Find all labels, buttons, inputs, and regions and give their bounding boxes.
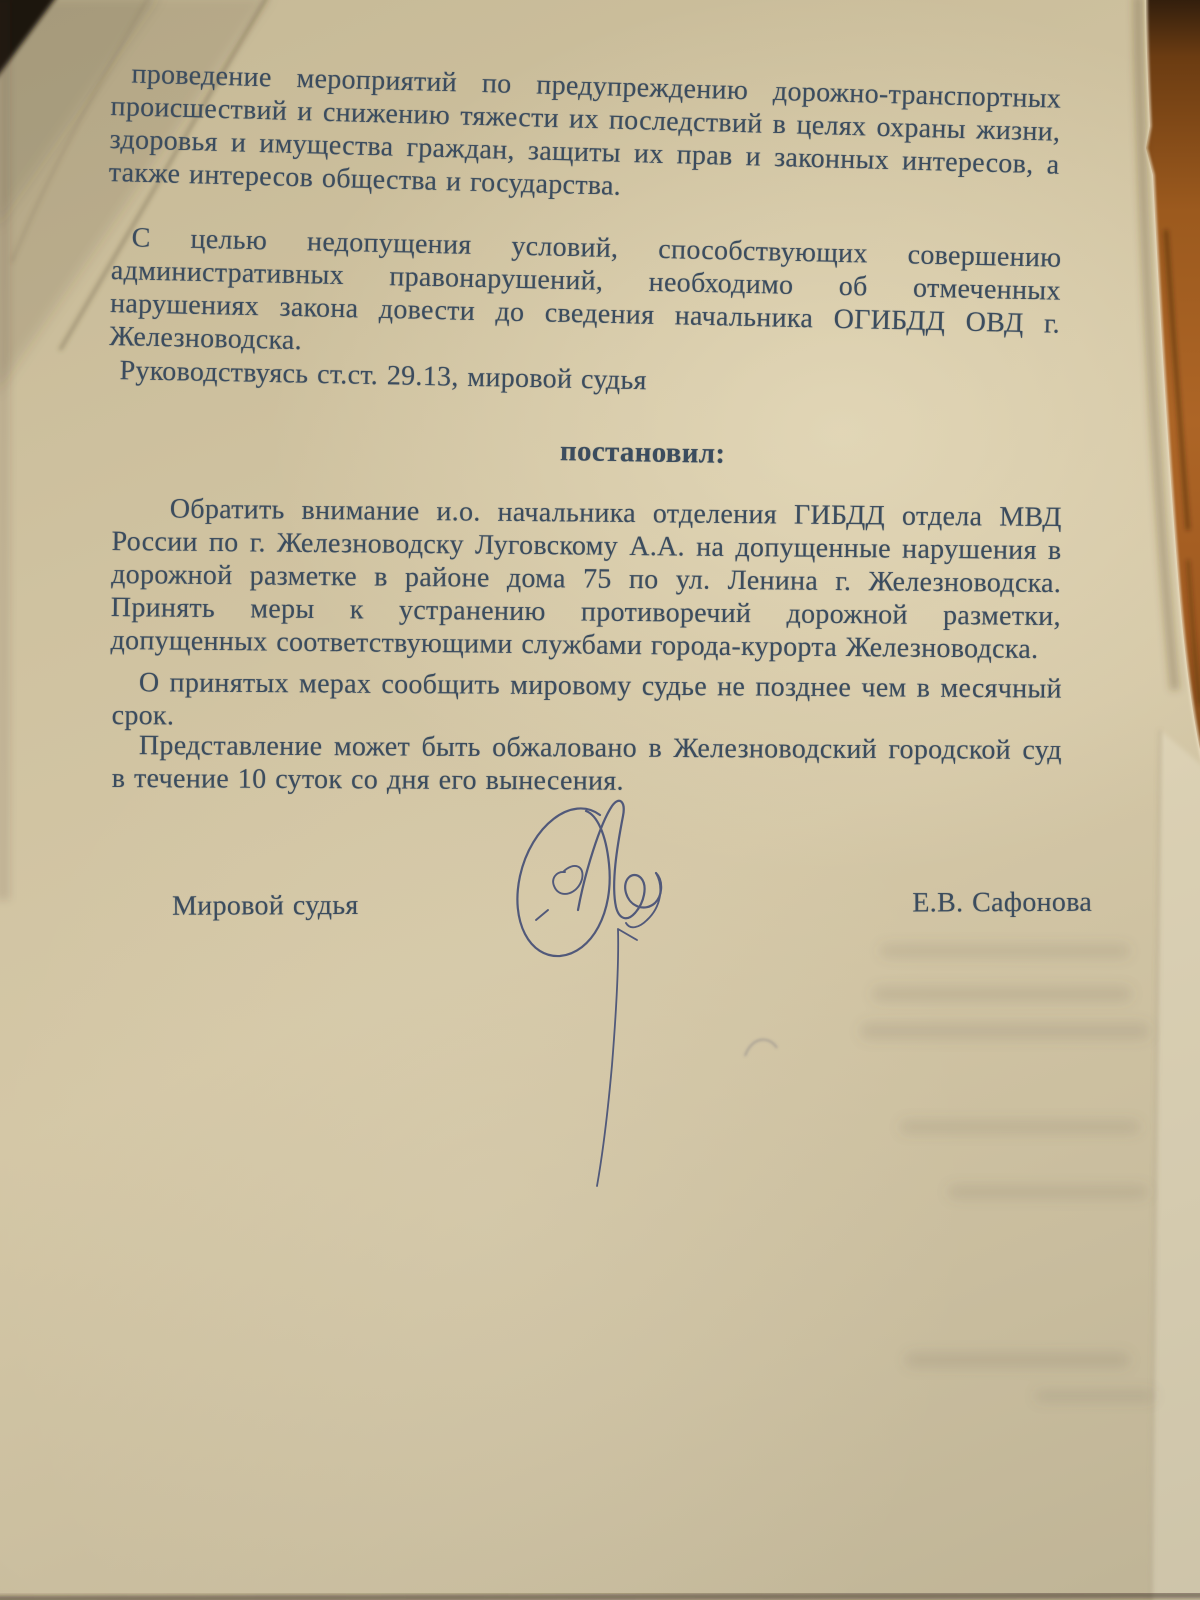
document-photo: проведение мероприятий по предупреждению…: [0, 0, 1200, 1600]
paragraph-preamble-continuation: проведение мероприятий по предупреждению…: [108, 57, 1061, 215]
paragraph-purpose: С целью недопущения условий, способствую…: [109, 221, 1062, 374]
paragraph-resolution-attention: Обратить внимание и.о. начальника отделе…: [110, 492, 1062, 666]
paragraph-report-deadline: О принятых мерах сообщить мировому судье…: [112, 666, 1062, 739]
signature-name: Е.В. Сафонова: [912, 886, 1092, 920]
resolution-heading: постановил:: [167, 429, 1117, 477]
document-text: проведение мероприятий по предупреждению…: [0, 0, 1200, 1600]
signature-title: Мировой судья: [172, 889, 359, 923]
paragraph-appeal-right: Представление может быть обжаловано в Же…: [112, 729, 1062, 800]
signature-row: Мировой судья Е.В. Сафонова: [112, 886, 1092, 923]
